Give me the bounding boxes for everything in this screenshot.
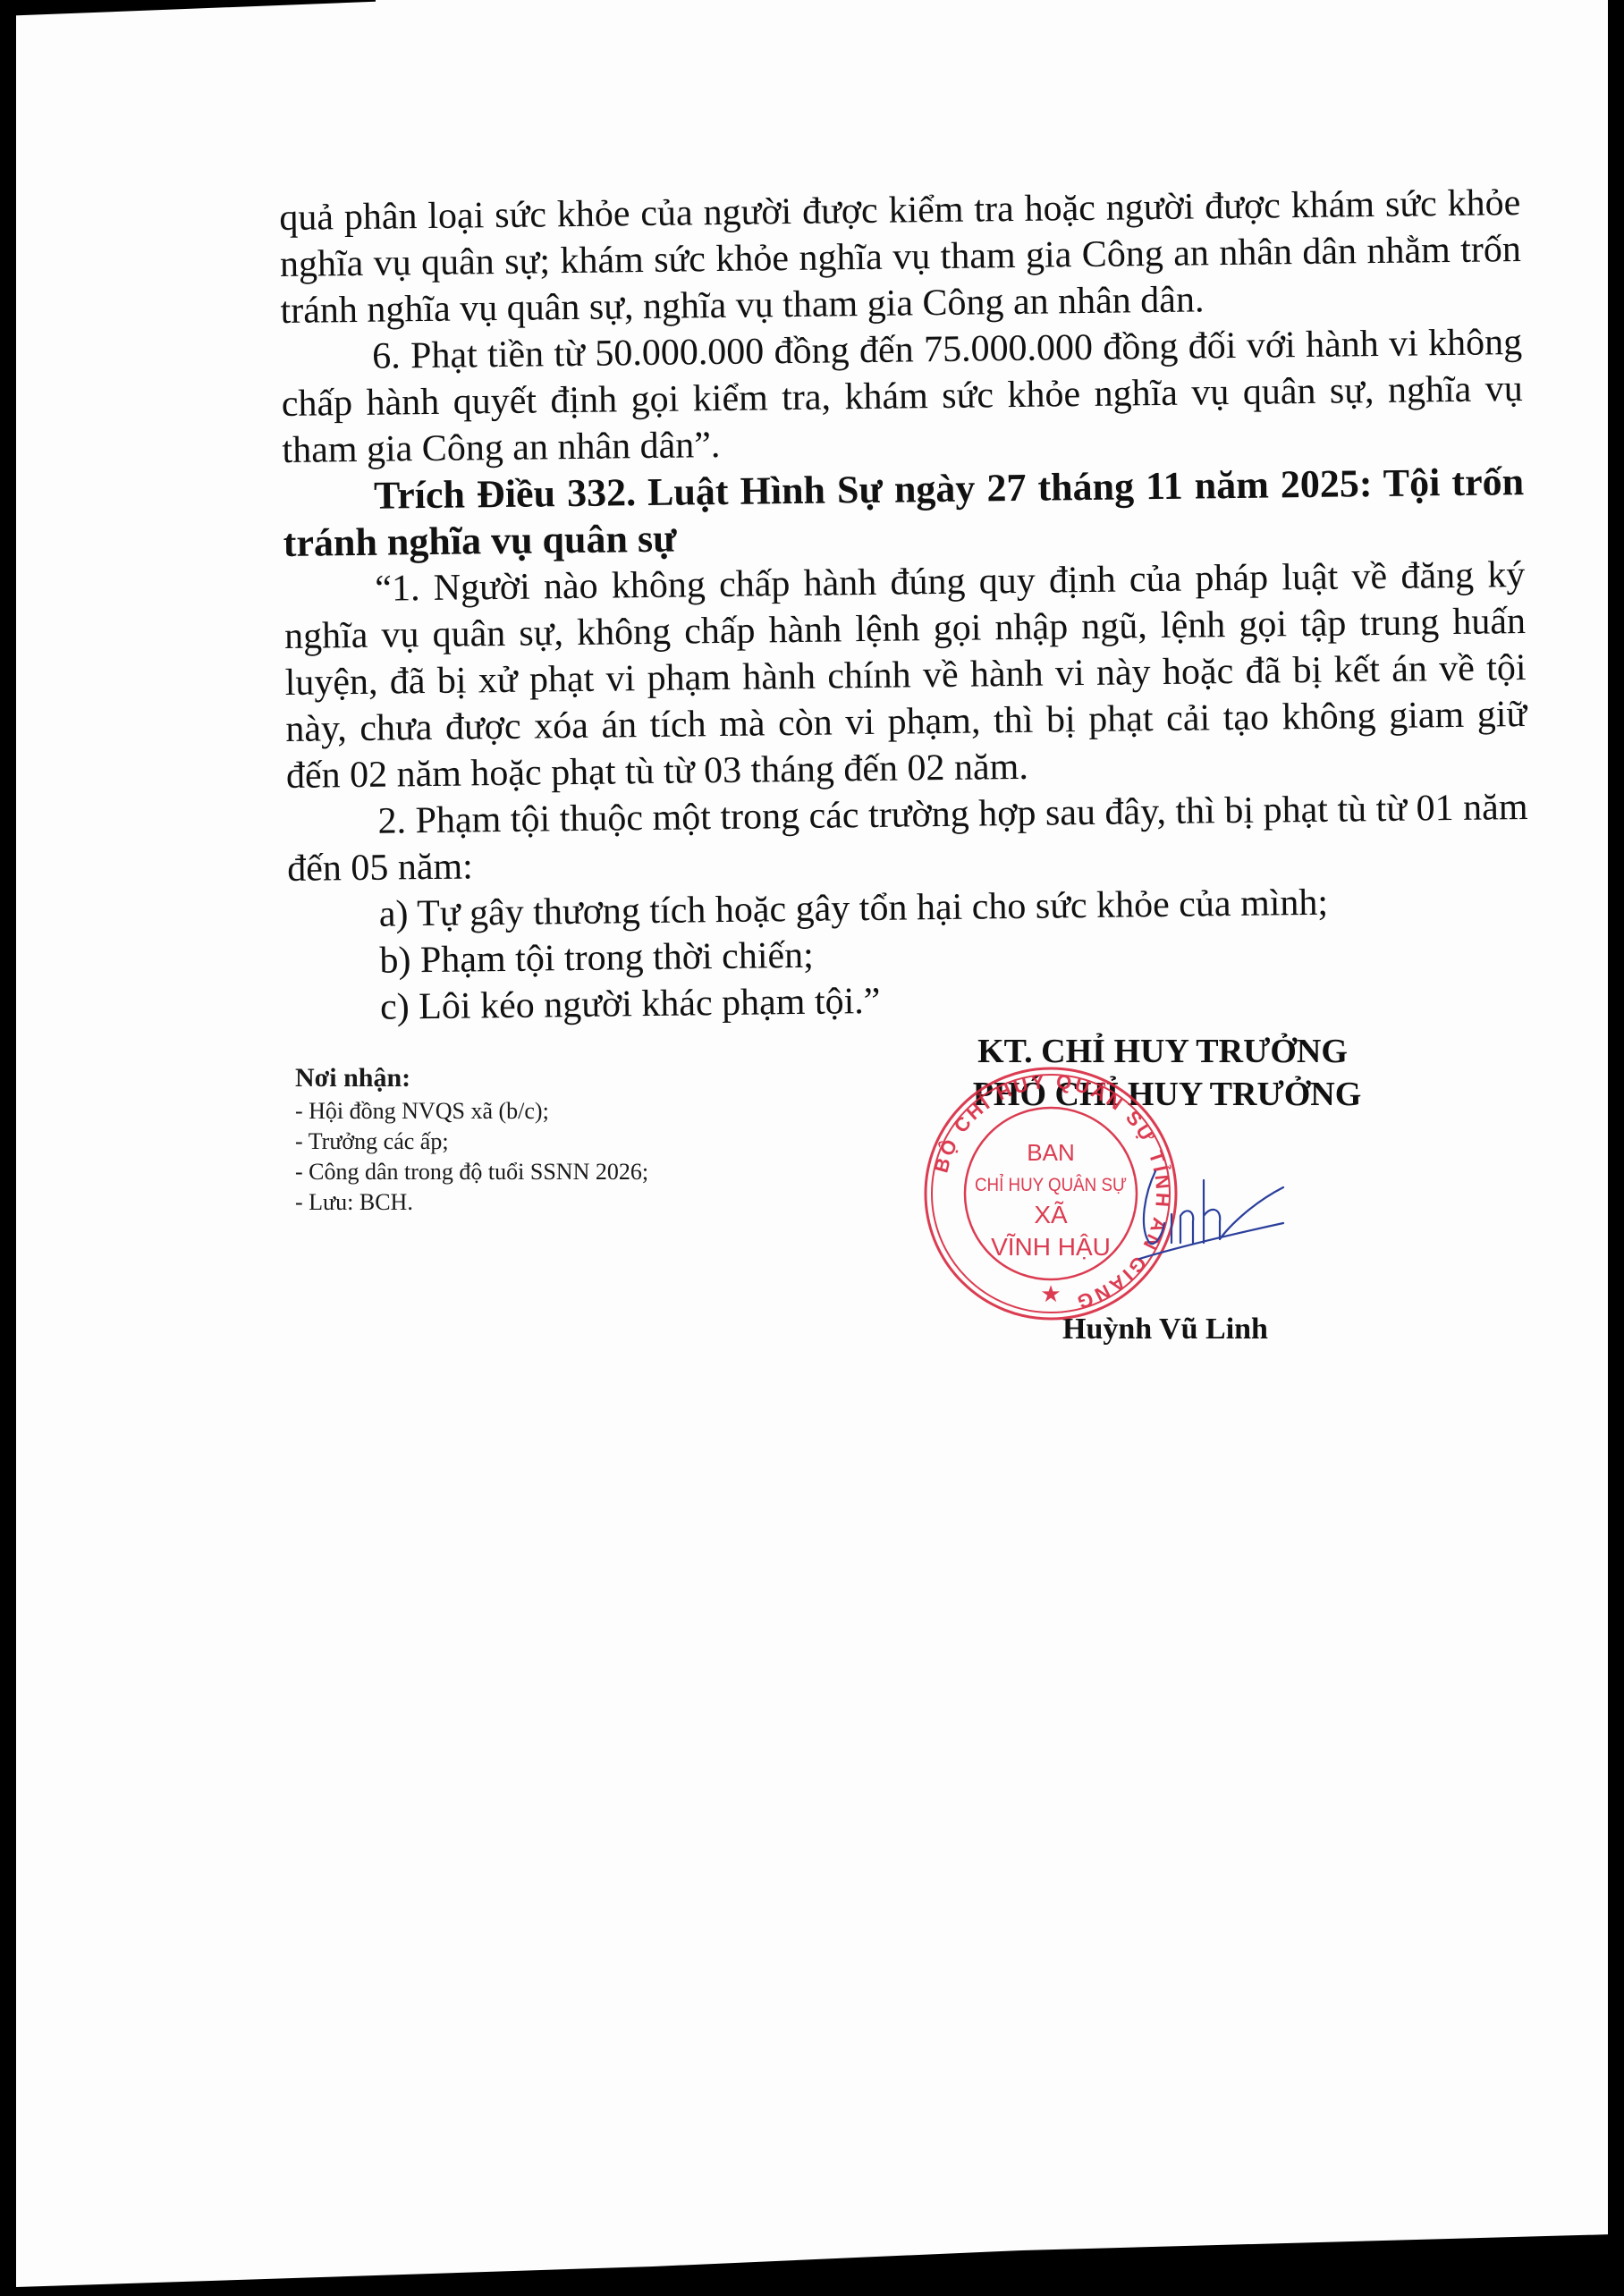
recipients-block: Nơi nhận: - Hội đồng NVQS xã (b/c); - Tr… [295,1062,648,1218]
recipient-item: - Hội đồng NVQS xã (b/c); [295,1096,648,1127]
paragraph-clause-6: 6. Phạt tiền từ 50.000.000 đồng đến 75.0… [281,319,1524,474]
section-heading-article-332: Trích Điều 332. Luật Hình Sự ngày 27 thá… [283,459,1525,567]
recipient-item: - Lưu: BCH. [295,1187,648,1218]
paragraph-clause-1: “1. Người nào không chấp hành đúng quy đ… [283,552,1527,799]
recipients-title: Nơi nhận: [295,1062,648,1094]
recipient-item: - Công dân trong độ tuổi SSNN 2026; [295,1157,648,1187]
signer-authority-line: KT. CHỈ HUY TRƯỞNG [912,1030,1413,1073]
signer-name: Huỳnh Vũ Linh [1062,1313,1268,1346]
scan-border-right [1608,0,1624,2296]
paragraph-continuation: quả phân loại sức khỏe của người được ki… [279,180,1522,334]
document-body: quả phân loại sức khỏe của người được ki… [279,180,1530,1032]
signature-block: KT. CHỈ HUY TRƯỞNG PHÓ CHỈ HUY TRƯỞNG [912,1030,1413,1116]
recipient-item: - Trưởng các ấp; [295,1127,648,1157]
signer-title-line: PHÓ CHỈ HUY TRƯỞNG [921,1073,1413,1116]
paragraph-clause-2: 2. Phạm tội thuộc một trong các trường h… [286,784,1528,892]
